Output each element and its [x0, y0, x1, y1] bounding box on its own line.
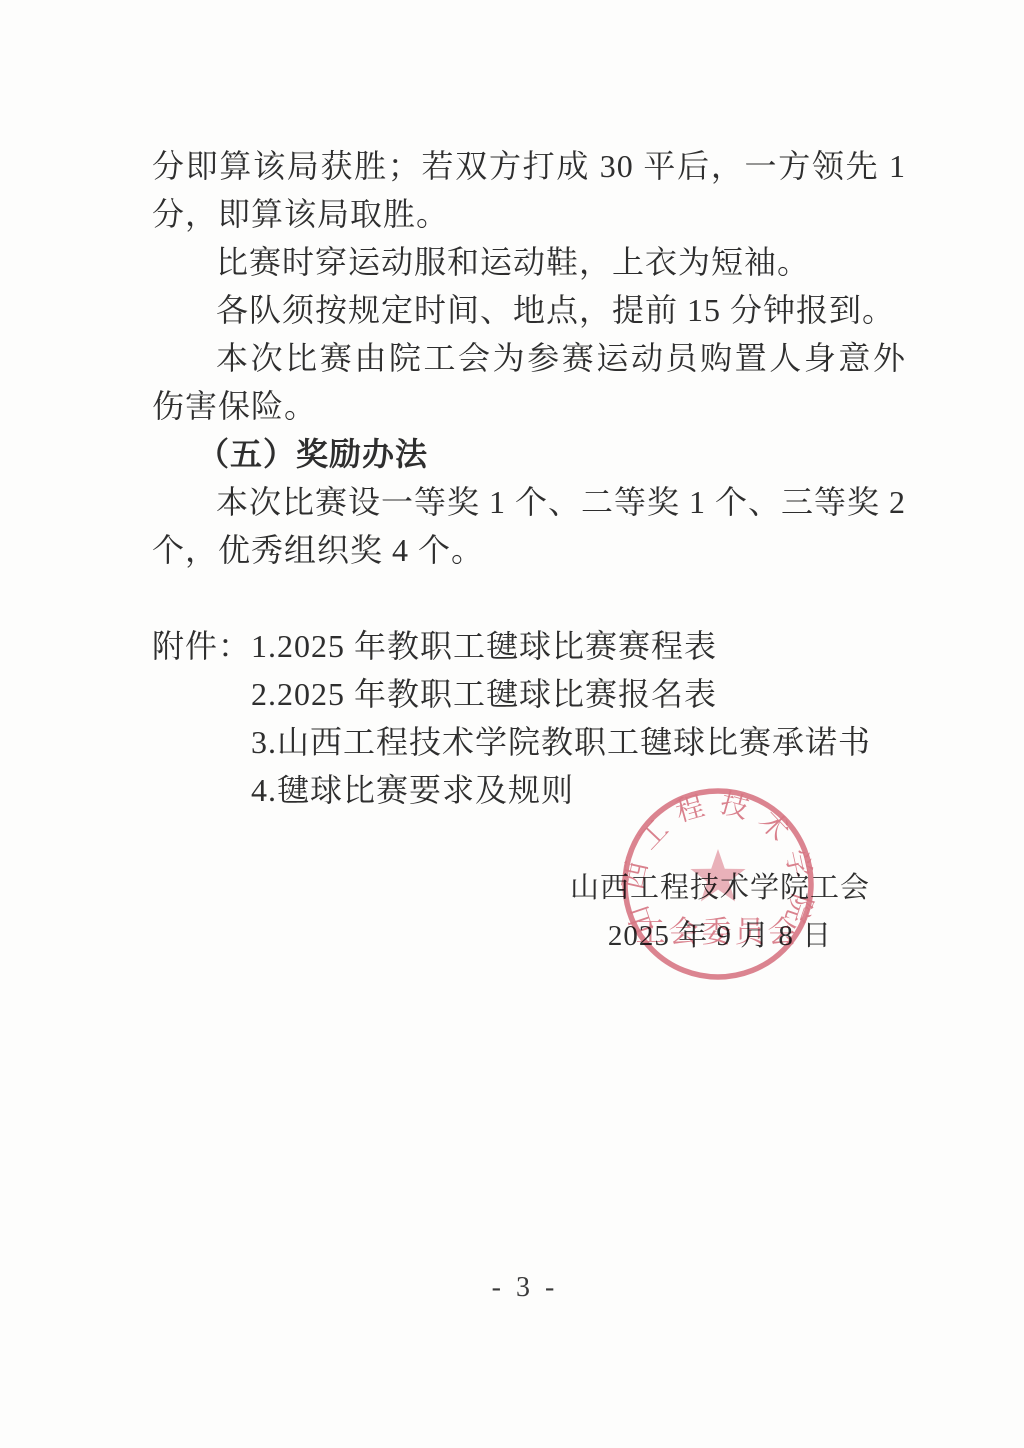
attachments-block: 附件： 1.2025 年教职工毽球比赛赛程表 2.2025 年教职工毽球比赛报名…: [152, 622, 906, 814]
attachment-item: 3.山西工程技术学院教职工毽球比赛承诺书: [251, 718, 906, 766]
paragraph-awards: 本次比赛设一等奖 1 个、二等奖 1 个、三等奖 2 个，优秀组织奖 4 个。: [152, 478, 906, 574]
signature-date: 2025 年 9 月 8 日: [555, 912, 885, 960]
attachment-item: 4.毽球比赛要求及规则: [251, 766, 906, 814]
paragraph: 本次比赛由院工会为参赛运动员购置人身意外伤害保险。: [152, 334, 906, 430]
body-text: 分即算该局获胜；若双方打成 30 平后，一方领先 1 分，即算该局取胜。 比赛时…: [152, 142, 906, 814]
signature-block: 山西工程技术学院工会 2025 年 9 月 8 日: [555, 864, 885, 960]
attachments-list: 1.2025 年教职工毽球比赛赛程表 2.2025 年教职工毽球比赛报名表 3.…: [251, 622, 906, 814]
section-heading: （五）奖励办法: [152, 430, 906, 478]
document-page: 分即算该局获胜；若双方打成 30 平后，一方领先 1 分，即算该局取胜。 比赛时…: [0, 0, 1024, 1448]
attachment-item: 1.2025 年教职工毽球比赛赛程表: [251, 622, 906, 670]
signature-organization: 山西工程技术学院工会: [555, 864, 885, 912]
attachment-item: 2.2025 年教职工毽球比赛报名表: [251, 670, 906, 718]
paragraph: 比赛时穿运动服和运动鞋，上衣为短袖。: [152, 238, 906, 286]
paragraph-continuation: 分即算该局获胜；若双方打成 30 平后，一方领先 1 分，即算该局取胜。: [152, 142, 906, 238]
attachments-label: 附件：: [152, 622, 251, 670]
paragraph: 各队须按规定时间、地点，提前 15 分钟报到。: [152, 286, 906, 334]
page-number: - 3 -: [0, 1272, 1024, 1304]
